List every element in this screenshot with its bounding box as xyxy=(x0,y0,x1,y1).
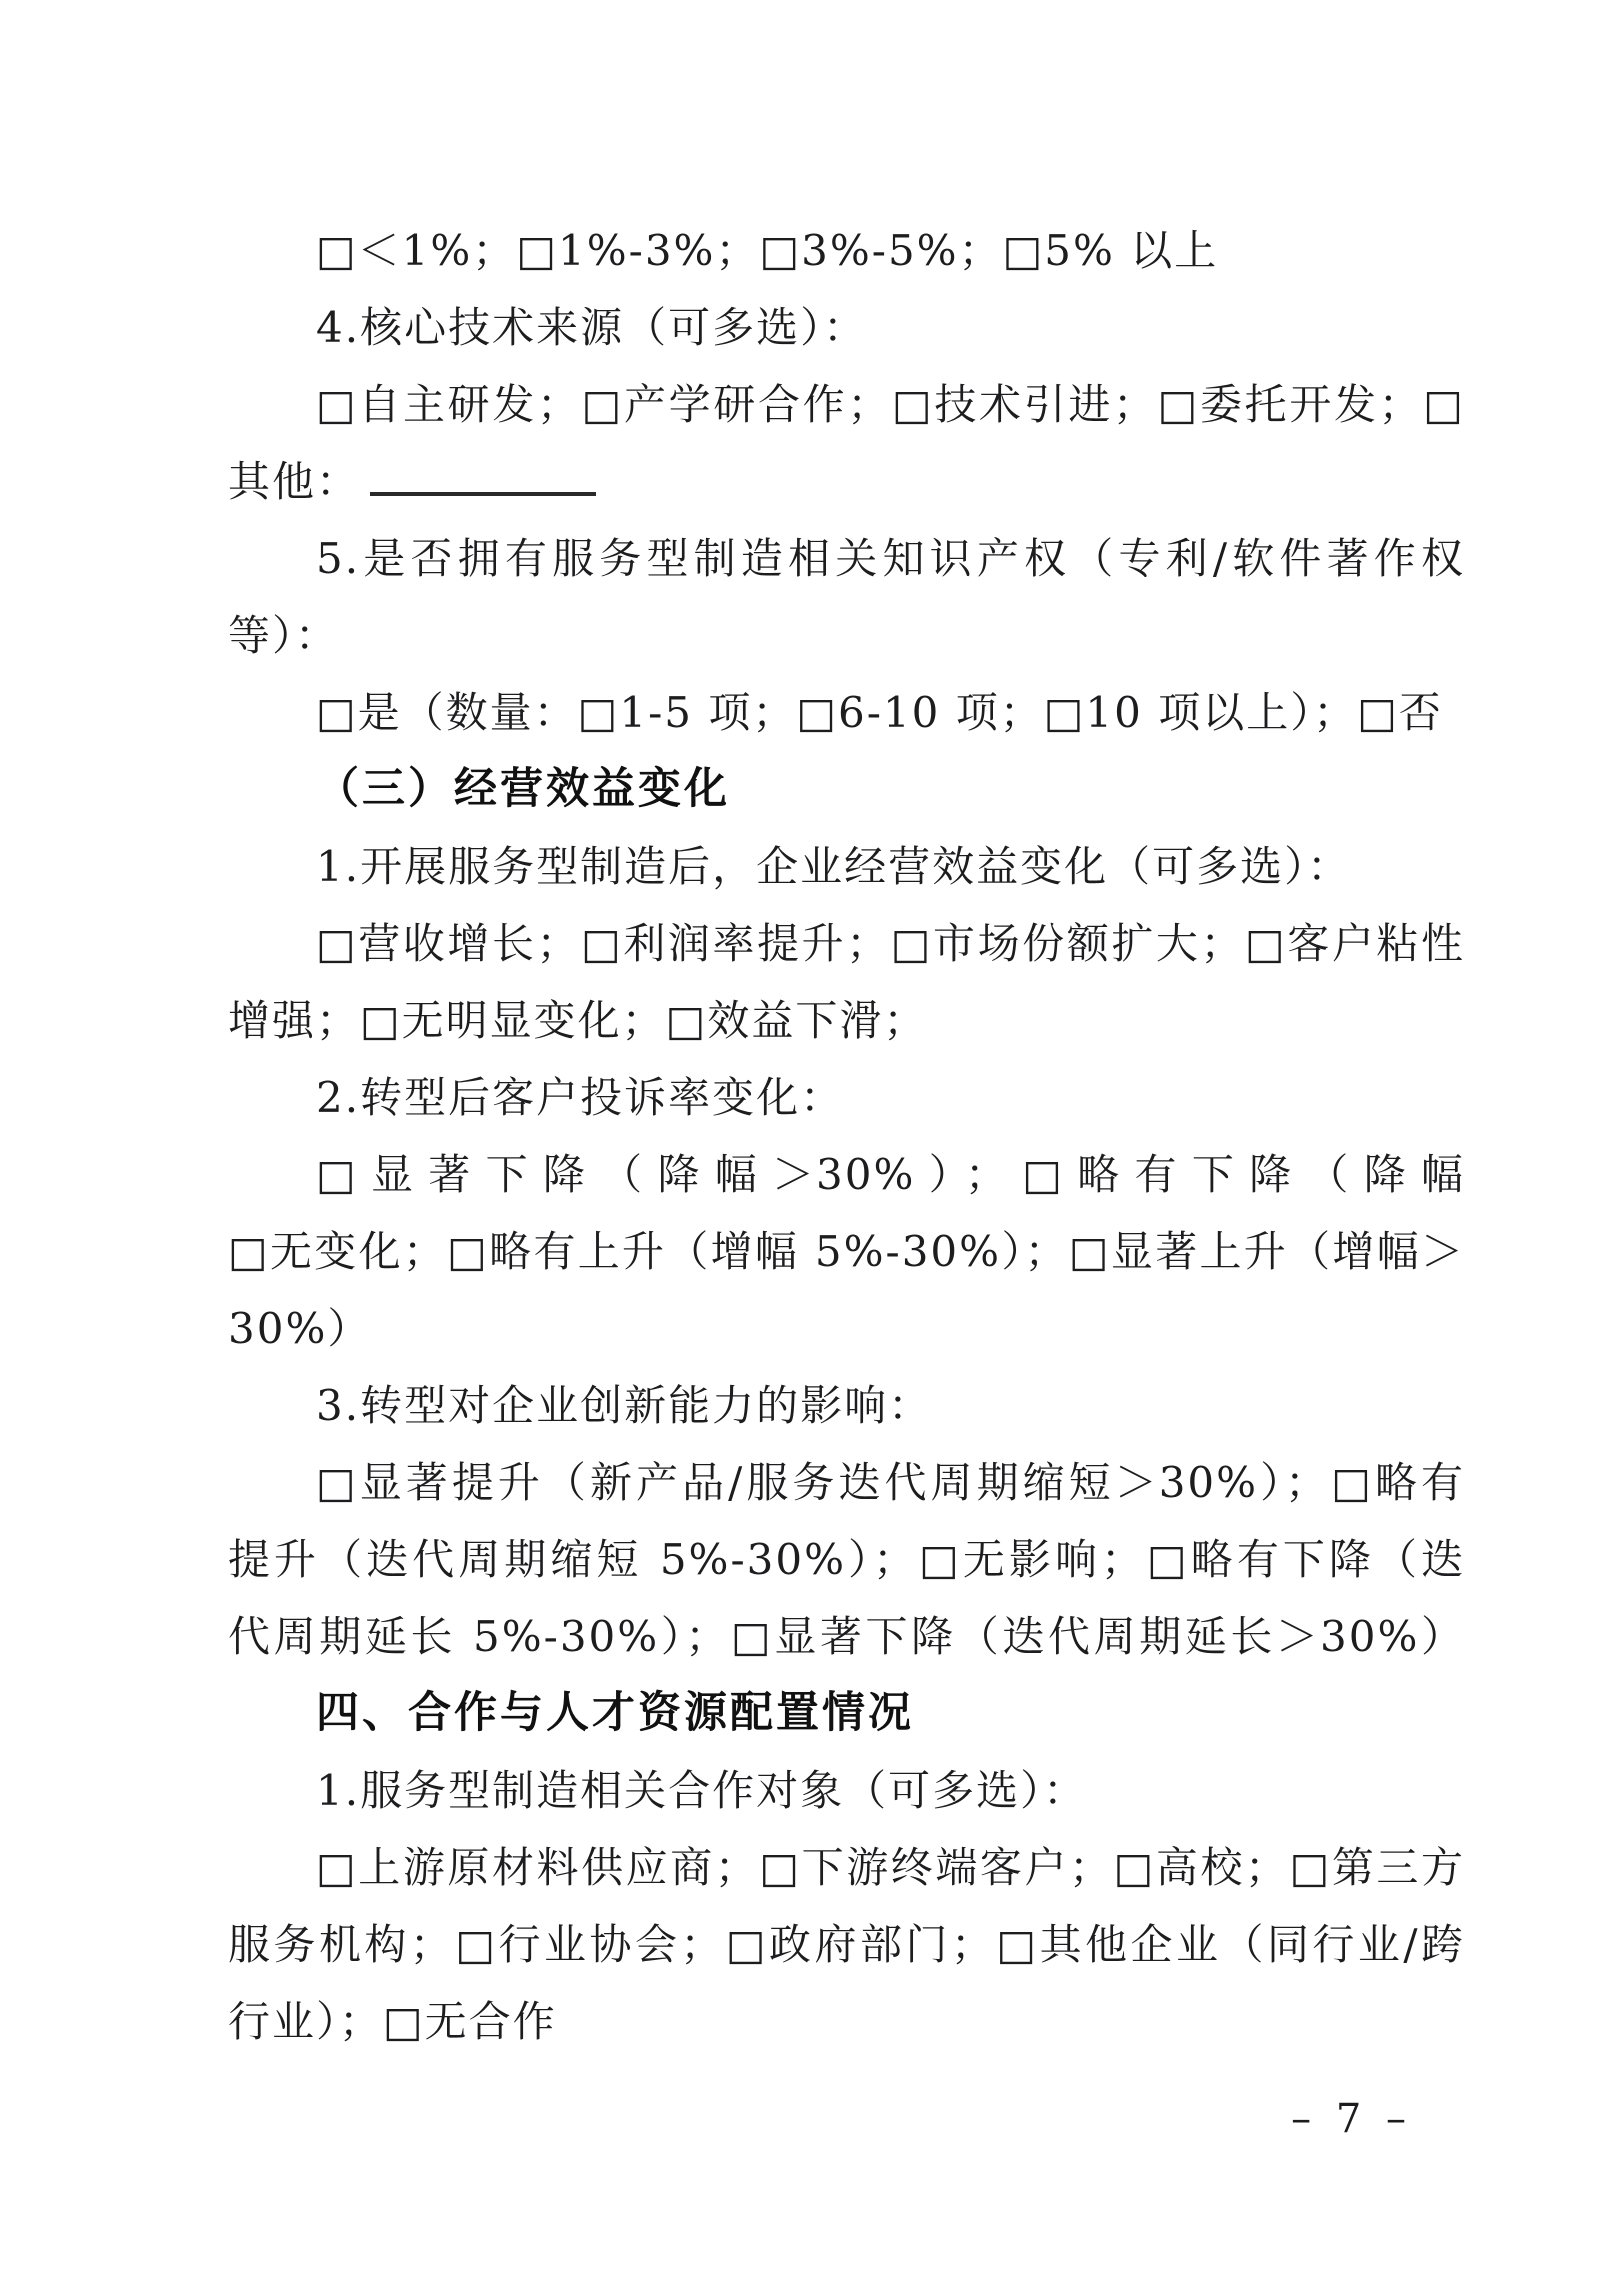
question-ip-ownership-part1: 5.是否拥有服务型制造相关知识产权（专利/软件著作权 xyxy=(228,520,1465,597)
page-number: – 7 – xyxy=(1291,2096,1412,2142)
section-heading-cooperation-talent: 四、合作与人才资源配置情况 xyxy=(228,1675,1465,1752)
other-label: 其他： xyxy=(228,457,360,506)
option-line-ip-quantity: □是（数量：□1-5 项；□6-10 项；□10 项以上）；□否 xyxy=(228,674,1465,751)
option-line-innovation-part2: 提升（迭代周期缩短 5%-30%）；□无影响；□略有下降（迭 xyxy=(228,1521,1465,1598)
option-line-complaint-part1: □显著下降（降幅＞30%）；□略有下降（降幅 5%-30%）； xyxy=(228,1136,1465,1213)
fill-in-blank-line xyxy=(370,454,596,496)
option-line-complaint-part2: □无变化；□略有上升（增幅 5%-30%）；□显著上升（增幅＞ xyxy=(228,1213,1465,1290)
option-line-partners-part2: 服务机构；□行业协会；□政府部门；□其他企业（同行业/跨 xyxy=(228,1906,1465,1983)
option-line-tech-sources: □自主研发；□产学研合作；□技术引进；□委托开发；□ xyxy=(228,366,1465,443)
option-line-partners-part1: □上游原材料供应商；□下游终端客户；□高校；□第三方 xyxy=(228,1829,1465,1906)
document-text-block: □＜1%；□1%-3%；□3%-5%；□5% 以上 4.核心技术来源（可多选）：… xyxy=(228,212,1465,2060)
option-line-benefit-part2: 增强；□无明显变化；□效益下滑； xyxy=(228,982,1465,1059)
question-cooperation-partners: 1.服务型制造相关合作对象（可多选）： xyxy=(228,1752,1465,1829)
question-benefit-change: 1.开展服务型制造后，企业经营效益变化（可多选）： xyxy=(228,828,1465,905)
question-ip-ownership-part2: 等）： xyxy=(228,597,1465,674)
scanned-document-page: □＜1%；□1%-3%；□3%-5%；□5% 以上 4.核心技术来源（可多选）：… xyxy=(0,0,1597,2283)
question-complaint-rate: 2.转型后客户投诉率变化： xyxy=(228,1059,1465,1136)
option-line-other-with-blank: 其他： xyxy=(228,443,1465,520)
option-line-innovation-part3: 代周期延长 5%-30%）；□显著下降（迭代周期延长＞30%） xyxy=(228,1598,1465,1675)
option-line-rd-investment-ratio: □＜1%；□1%-3%；□3%-5%；□5% 以上 xyxy=(228,212,1465,289)
option-line-innovation-part1: □显著提升（新产品/服务迭代周期缩短＞30%）；□略有 xyxy=(228,1444,1465,1521)
option-line-complaint-part3: 30%） xyxy=(228,1290,1465,1367)
question-innovation-impact: 3.转型对企业创新能力的影响： xyxy=(228,1367,1465,1444)
option-line-partners-part3: 行业）；□无合作 xyxy=(228,1983,1465,2060)
option-line-benefit-part1: □营收增长；□利润率提升；□市场份额扩大；□客户粘性 xyxy=(228,905,1465,982)
question-core-tech-source: 4.核心技术来源（可多选）： xyxy=(228,289,1465,366)
section-heading-benefit-changes: （三）经营效益变化 xyxy=(228,751,1465,828)
